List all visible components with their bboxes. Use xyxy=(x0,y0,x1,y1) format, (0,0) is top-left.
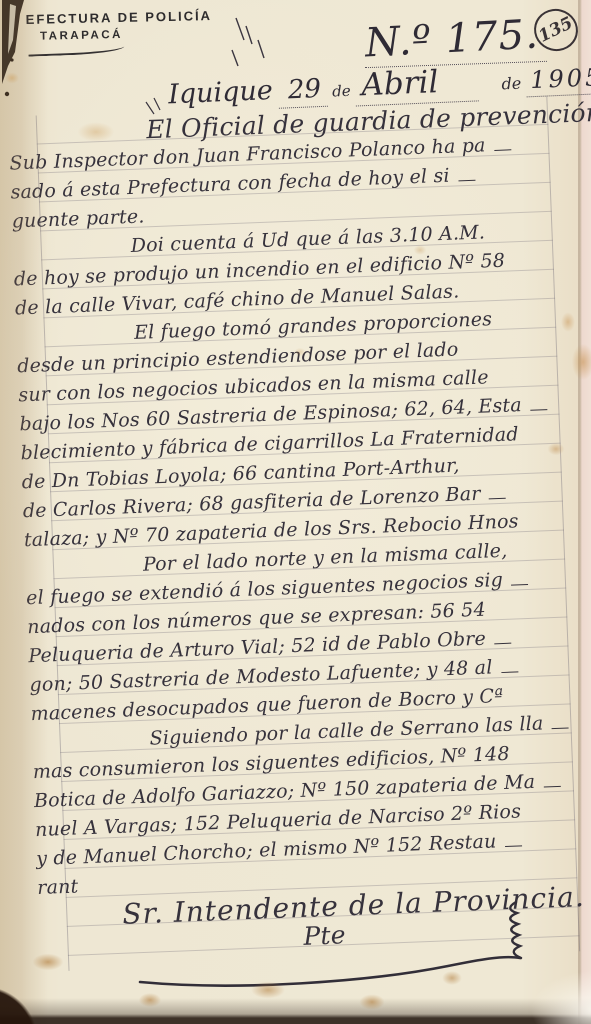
manuscript-lines: El Oficial de guardia de prevención Sub … xyxy=(8,100,584,961)
hyphen-underline xyxy=(505,840,522,847)
stamp-underline xyxy=(28,43,124,56)
hyphen-underline xyxy=(501,666,518,673)
hyphen-underline xyxy=(543,781,560,788)
document-number: N.º 175. xyxy=(364,11,540,66)
ruled-sheet: El Oficial de guardia de prevención Sub … xyxy=(0,100,584,973)
manuscript-page: EFECTURA DE POLICÍA TARAPACÁ 135 N.º 175… xyxy=(0,0,591,1024)
date-city: Iquique xyxy=(168,75,274,110)
date-year: 1905 xyxy=(526,63,591,98)
hyphen-underline xyxy=(494,144,511,151)
hyphen-underline xyxy=(530,404,547,411)
hyphen-underline xyxy=(494,638,511,645)
manuscript-line-text: rant xyxy=(37,875,79,899)
date-de2: de xyxy=(501,74,521,94)
hyphen-underline xyxy=(511,579,528,586)
hyphen-underline xyxy=(489,493,506,500)
date-de1: de xyxy=(332,82,351,101)
hyphen-underline xyxy=(458,175,475,182)
manuscript-line-text: guente parte. xyxy=(11,205,145,232)
date-day: 29 xyxy=(277,74,327,109)
rubric-flourish xyxy=(118,898,548,998)
folio-number: 135 xyxy=(536,13,577,47)
hyphen-underline xyxy=(552,723,569,730)
